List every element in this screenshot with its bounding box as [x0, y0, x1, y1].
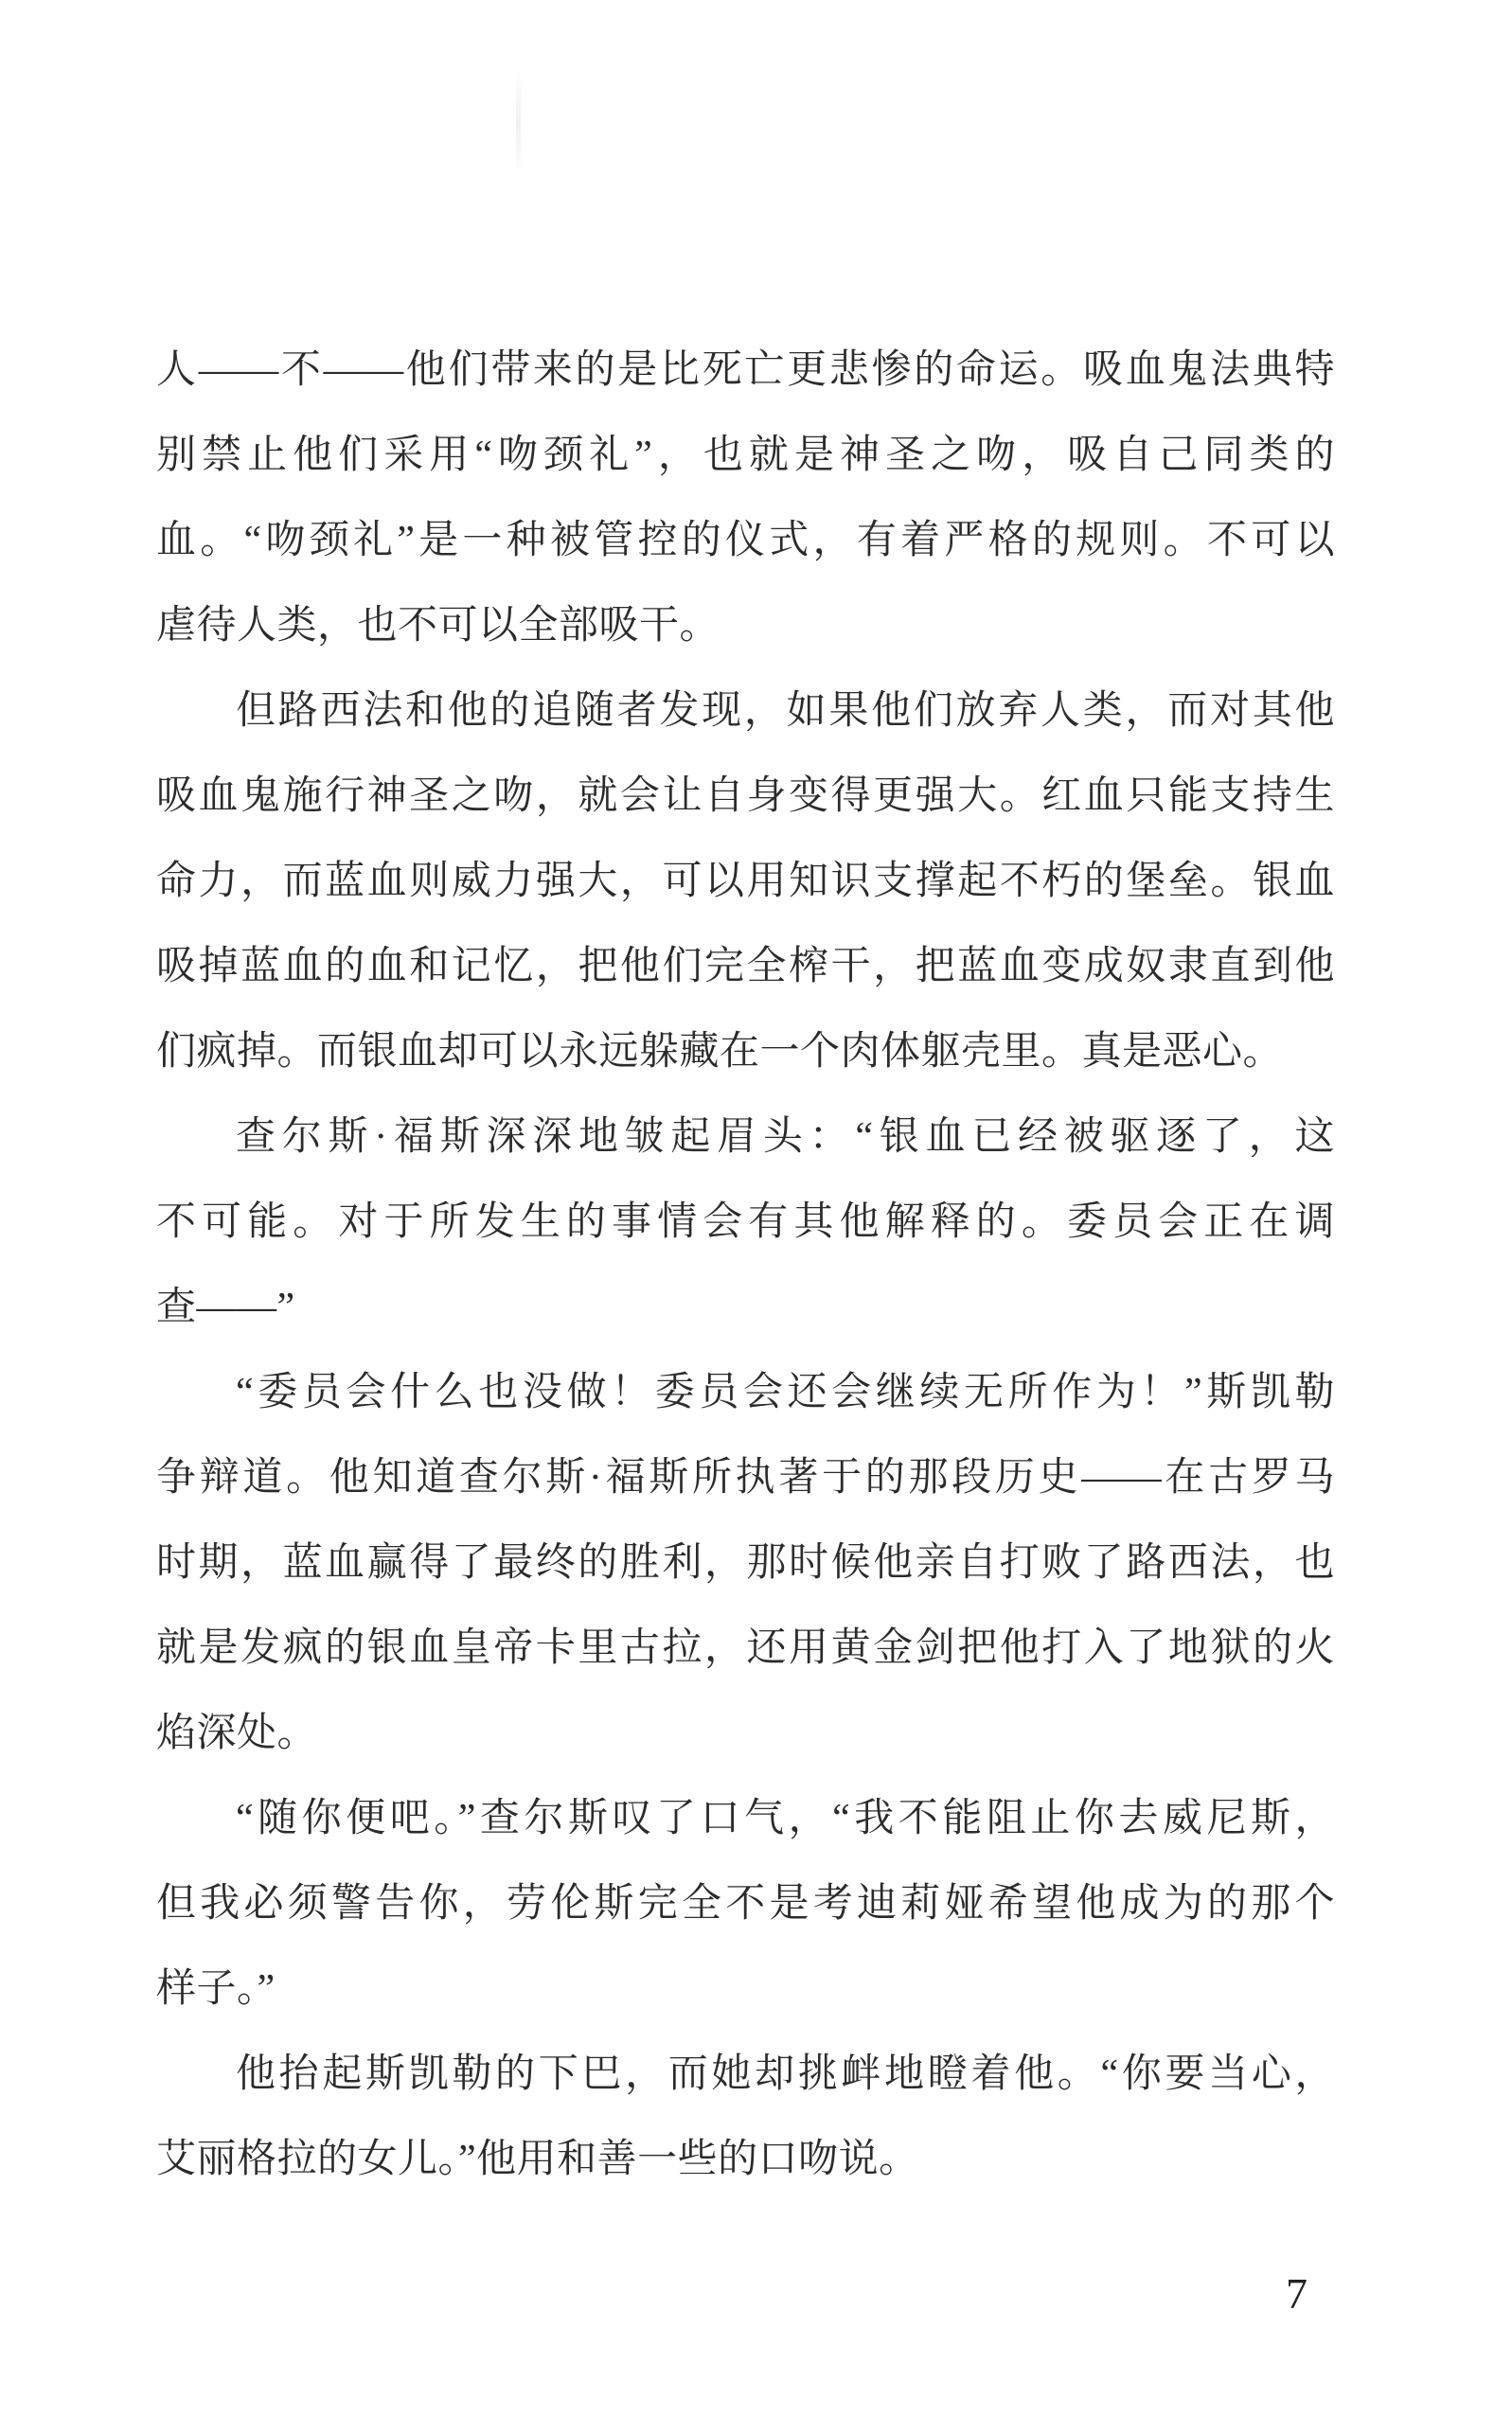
text-line: 时期，蓝血赢得了最终的胜利，那时候他亲自打败了路西法，也	[156, 1520, 1335, 1606]
text-line: 焰深处。	[156, 1691, 1335, 1776]
text-line: “委员会什么也没做！委员会还会继续无所作为！”斯凯勒	[156, 1350, 1335, 1435]
text-line: 们疯掉。而银血却可以永远躲藏在一个肉体躯壳里。真是恶心。	[156, 1009, 1335, 1094]
text-line: 人——不——他们带来的是比死亡更悲惨的命运。吸血鬼法典特	[156, 328, 1335, 413]
text-line: 血。“吻颈礼”是一种被管控的仪式，有着严格的规则。不可以	[156, 498, 1335, 583]
text-line: 别禁止他们采用“吻颈礼”，也就是神圣之吻，吸自己同类的	[156, 413, 1335, 498]
book-page-text: 人——不——他们带来的是比死亡更悲惨的命运。吸血鬼法典特 别禁止他们采用“吻颈礼…	[156, 328, 1335, 2202]
text-line: 命力，而蓝血则威力强大，可以用知识支撑起不朽的堡垒。银血	[156, 839, 1335, 924]
scan-fold-mark	[516, 71, 521, 175]
text-line: 争辩道。他知道查尔斯·福斯所执著于的那段历史——在古罗马	[156, 1435, 1335, 1520]
text-line: 但我必须警告你，劳伦斯完全不是考迪莉娅希望他成为的那个	[156, 1861, 1335, 1946]
text-line: 吸掉蓝血的血和记忆，把他们完全榨干，把蓝血变成奴隶直到他	[156, 924, 1335, 1009]
page-number: 7	[1286, 2268, 1307, 2319]
text-line: “随你便吧。”查尔斯叹了口气，“我不能阻止你去威尼斯，	[156, 1776, 1335, 1861]
text-line: 查尔斯·福斯深深地皱起眉头：“银血已经被驱逐了，这	[156, 1094, 1335, 1180]
text-line: 虐待人类，也不可以全部吸干。	[156, 583, 1335, 668]
text-line: 但路西法和他的追随者发现，如果他们放弃人类，而对其他	[156, 668, 1335, 754]
text-line: 他抬起斯凯勒的下巴，而她却挑衅地瞪着他。“你要当心，	[156, 2032, 1335, 2117]
text-line: 吸血鬼施行神圣之吻，就会让自身变得更强大。红血只能支持生	[156, 754, 1335, 839]
text-line: 样子。”	[156, 1946, 1335, 2032]
text-line: 查——”	[156, 1265, 1335, 1350]
text-line: 艾丽格拉的女儿。”他用和善一些的口吻说。	[156, 2117, 1335, 2202]
text-line: 就是发疯的银血皇帝卡里古拉，还用黄金剑把他打入了地狱的火	[156, 1606, 1335, 1691]
text-line: 不可能。对于所发生的事情会有其他解释的。委员会正在调	[156, 1180, 1335, 1265]
